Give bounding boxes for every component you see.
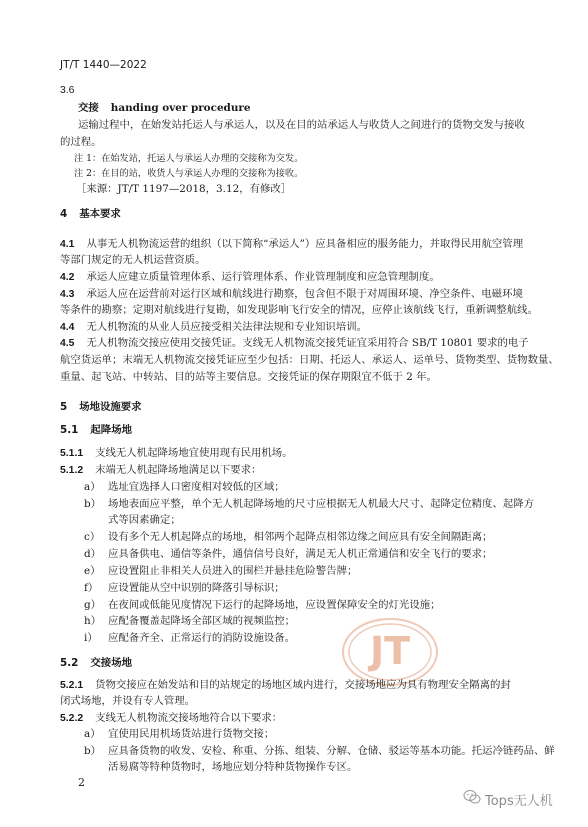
clause-text: 从事无人机物流运营的组织（以下简称“承运人”）应具备相应的服务能力，并取得民用航… [86, 238, 523, 250]
clause-text: 无人机物流交接应使用交接凭证。支线无人机物流交接凭证宜采用符合 SB/T 108… [86, 337, 528, 349]
clause-5-1-2: 5.1.2末端无人机起降场地满足以下要求： [60, 463, 525, 478]
list-label: b） [84, 744, 108, 758]
list-label: c） [84, 530, 108, 544]
list-text-cont: 活易腐等特种货物时，场地应划分特种货物操作专区。 [108, 760, 357, 774]
clause-number: 5.2.1 [60, 680, 83, 691]
page-number: 2 [78, 776, 85, 789]
list-text: 应配备覆盖起降场全部区域的视频监控； [108, 615, 295, 627]
subsection-number: 5.1 [60, 424, 78, 436]
list-text-cont: 式等因素确定； [108, 513, 573, 527]
term-en: handing over procedure [111, 102, 251, 114]
section-title: 场地设施要求 [79, 401, 141, 413]
list-item-g: g）在夜间或低能见度情况下运行的起降场地，应设置保障安全的灯光设施； [84, 598, 549, 612]
definition-line: 的过程。 [60, 135, 525, 149]
list-item-d: d）应具备供电、通信等条件，通信信号良好，满足无人机正常通信和安全飞行的要求； [84, 547, 549, 561]
list-text: 应具备供电、通信等条件，通信信号良好，满足无人机正常通信和安全飞行的要求； [108, 548, 492, 560]
clause-number-3-6: 3.6 [60, 84, 525, 98]
list-item-b: b）应具备货物的收发、安检、称重、分拣、组装、分解、仓储、驳运等基本功能。托运冷… [84, 744, 549, 758]
document-page: JT/T 1440—2022 3.6 交接handing over proced… [0, 0, 588, 827]
list-label: a） [84, 480, 108, 494]
list-text: 应具备货物的收发、安检、称重、分拣、组装、分解、仓储、驳运等基本功能。托运冷链药… [108, 745, 555, 757]
list-item-a: a）宜使用民用机场货站进行货物交接； [84, 727, 549, 741]
list-text: 场地表面应平整，单个无人机起降场地的尺寸应根据无人机最大尺寸、起降定位精度、起降… [108, 498, 534, 510]
definition-line: 运输过程中，在始发站托运人与承运人，以及在目的站承运人与收货人之间进行的货物交发… [78, 118, 543, 132]
clause-text: 支线无人机起降场地宜使用现有民用机场。 [95, 447, 292, 459]
clause-number: 5.1.2 [60, 465, 83, 476]
list-label: g） [84, 598, 108, 612]
list-label: i） [84, 631, 108, 645]
clause-text-cont: 闭式场地，并设有专人管理。 [60, 694, 525, 708]
list-label: a） [84, 727, 108, 741]
clause-text-cont: 等部门规定的无人机运营资质。 [60, 253, 525, 267]
list-text: 在夜间或低能见度情况下运行的起降场地，应设置保障安全的灯光设施； [108, 599, 441, 611]
source-reference: ［来源：JT/T 1197—2018，3.12，有修改］ [76, 182, 541, 196]
wechat-icon [463, 789, 481, 809]
list-item-c: c）设有多个无人机起降点的场地，相邻两个起降点相邻边缘之间应具有安全间隔距离； [84, 530, 549, 544]
jt-watermark-logo: JT [340, 617, 440, 687]
subsection-heading-5-2: 5.2交接场地 [60, 656, 525, 670]
clause-5-2-2: 5.2.2支线无人机物流交接场地符合以下要求： [60, 711, 525, 726]
clause-text: 无人机物流的从业人员应接受相关法律法规和专业知识培训。 [86, 321, 367, 333]
note-2: 注 2：在目的站，收货人与承运人办理的交接称为接收。 [74, 167, 539, 181]
term-heading: 交接handing over procedure [78, 101, 543, 115]
clause-text: 承运人应建立质量管理体系、运行管理体系、作业管理制度和应急管理制度。 [86, 271, 439, 283]
section-number: 4 [60, 208, 67, 220]
clause-text-cont: 重量、起飞站、中转站、目的站等主要信息。交接凭证的保存期限宜不低于 2 年。 [60, 370, 525, 384]
list-text: 应配备齐全、正常运行的消防设施设备。 [108, 632, 295, 644]
clause-text: 承运人应在运营前对运行区域和航线进行勘察，包含但不限于对周围环境、净空条件、电磁… [86, 288, 522, 300]
clause-text-cont: 航空货运单；末端无人机物流交接凭证应至少包括：日期、托运人、承运人、运单号、货物… [60, 353, 525, 367]
list-text: 选址宜选择人口密度相对较低的区域； [108, 481, 285, 493]
subsection-title: 交接场地 [90, 657, 132, 669]
clause-number: 4.1 [60, 239, 74, 250]
clause-number: 4.4 [60, 322, 74, 333]
clause-4-4: 4.4无人机物流的从业人员应接受相关法律法规和专业知识培训。 [60, 320, 525, 335]
clause-text-cont: 等条件的勘察；定期对航线进行复勘，如发现影响飞行安全的情况，应停止该航线飞行，重… [60, 303, 525, 317]
term-cn: 交接 [78, 102, 99, 114]
list-label: d） [84, 547, 108, 561]
list-label: e） [84, 564, 108, 578]
clause-5-2-1: 5.2.1货物交接应在始发站和目的站规定的场地区域内进行，交接场地应为具有物理安… [60, 678, 525, 693]
list-label: f） [84, 581, 108, 595]
standard-code-header: JT/T 1440—2022 [60, 58, 525, 72]
subsection-number: 5.2 [60, 657, 78, 669]
list-item-i: i）应配备齐全、正常运行的消防设施设备。 [84, 631, 549, 645]
list-text: 应设置能从空中识别的降落引导标识； [108, 582, 285, 594]
list-item-a: a）选址宜选择人口密度相对较低的区域； [84, 480, 549, 494]
list-item-b: b）场地表面应平整，单个无人机起降场地的尺寸应根据无人机最大尺寸、起降定位精度、… [84, 497, 549, 511]
list-text: 宜使用民用机场货站进行货物交接； [108, 728, 274, 740]
clause-5-1-1: 5.1.1支线无人机起降场地宜使用现有民用机场。 [60, 446, 525, 461]
clause-number: 5.1.1 [60, 448, 83, 459]
list-label: b） [84, 497, 108, 511]
clause-text: 货物交接应在始发站和目的站规定的场地区域内进行，交接场地应为具有物理安全隔离的封 [95, 679, 511, 691]
list-item-f: f）应设置能从空中识别的降落引导标识； [84, 581, 549, 595]
section-heading-4: 4基本要求 [60, 207, 525, 221]
clause-text: 支线无人机物流交接场地符合以下要求： [95, 712, 282, 724]
list-item-h: h）应配备覆盖起降场全部区域的视频监控； [84, 614, 549, 628]
note-1: 注 1：在始发站，托运人与承运人办理的交接称为交发。 [74, 152, 539, 166]
section-heading-5: 5场地设施要求 [60, 400, 525, 414]
clause-number: 5.2.2 [60, 713, 83, 724]
clause-text: 末端无人机起降场地满足以下要求： [95, 464, 261, 476]
account-name: Tops无人机 [485, 790, 553, 809]
clause-number: 4.2 [60, 272, 74, 283]
clause-4-5: 4.5无人机物流交接应使用交接凭证。支线无人机物流交接凭证宜采用符合 SB/T … [60, 336, 525, 351]
subsection-heading-5-1: 5.1起降场地 [60, 423, 525, 437]
clause-number: 4.3 [60, 289, 74, 300]
subsection-title: 起降场地 [90, 424, 132, 436]
clause-4-1: 4.1从事无人机物流运营的组织（以下简称“承运人”）应具备相应的服务能力，并取得… [60, 237, 525, 252]
clause-4-2: 4.2承运人应建立质量管理体系、运行管理体系、作业管理制度和应急管理制度。 [60, 270, 525, 285]
clause-number: 4.5 [60, 338, 74, 349]
list-label: h） [84, 614, 108, 628]
clause-4-3: 4.3承运人应在运营前对运行区域和航线进行勘察，包含但不限于对周围环境、净空条件… [60, 287, 525, 302]
section-title: 基本要求 [79, 208, 121, 220]
list-item-e: e）应设置阻止非相关人员进入的围栏并悬挂危险警告牌； [84, 564, 549, 578]
section-number: 5 [60, 401, 67, 413]
account-credit: Tops无人机 [463, 789, 553, 809]
list-text: 应设置阻止非相关人员进入的围栏并悬挂危险警告牌； [108, 565, 357, 577]
list-text: 设有多个无人机起降点的场地，相邻两个起降点相邻边缘之间应具有安全间隔距离； [108, 531, 492, 543]
